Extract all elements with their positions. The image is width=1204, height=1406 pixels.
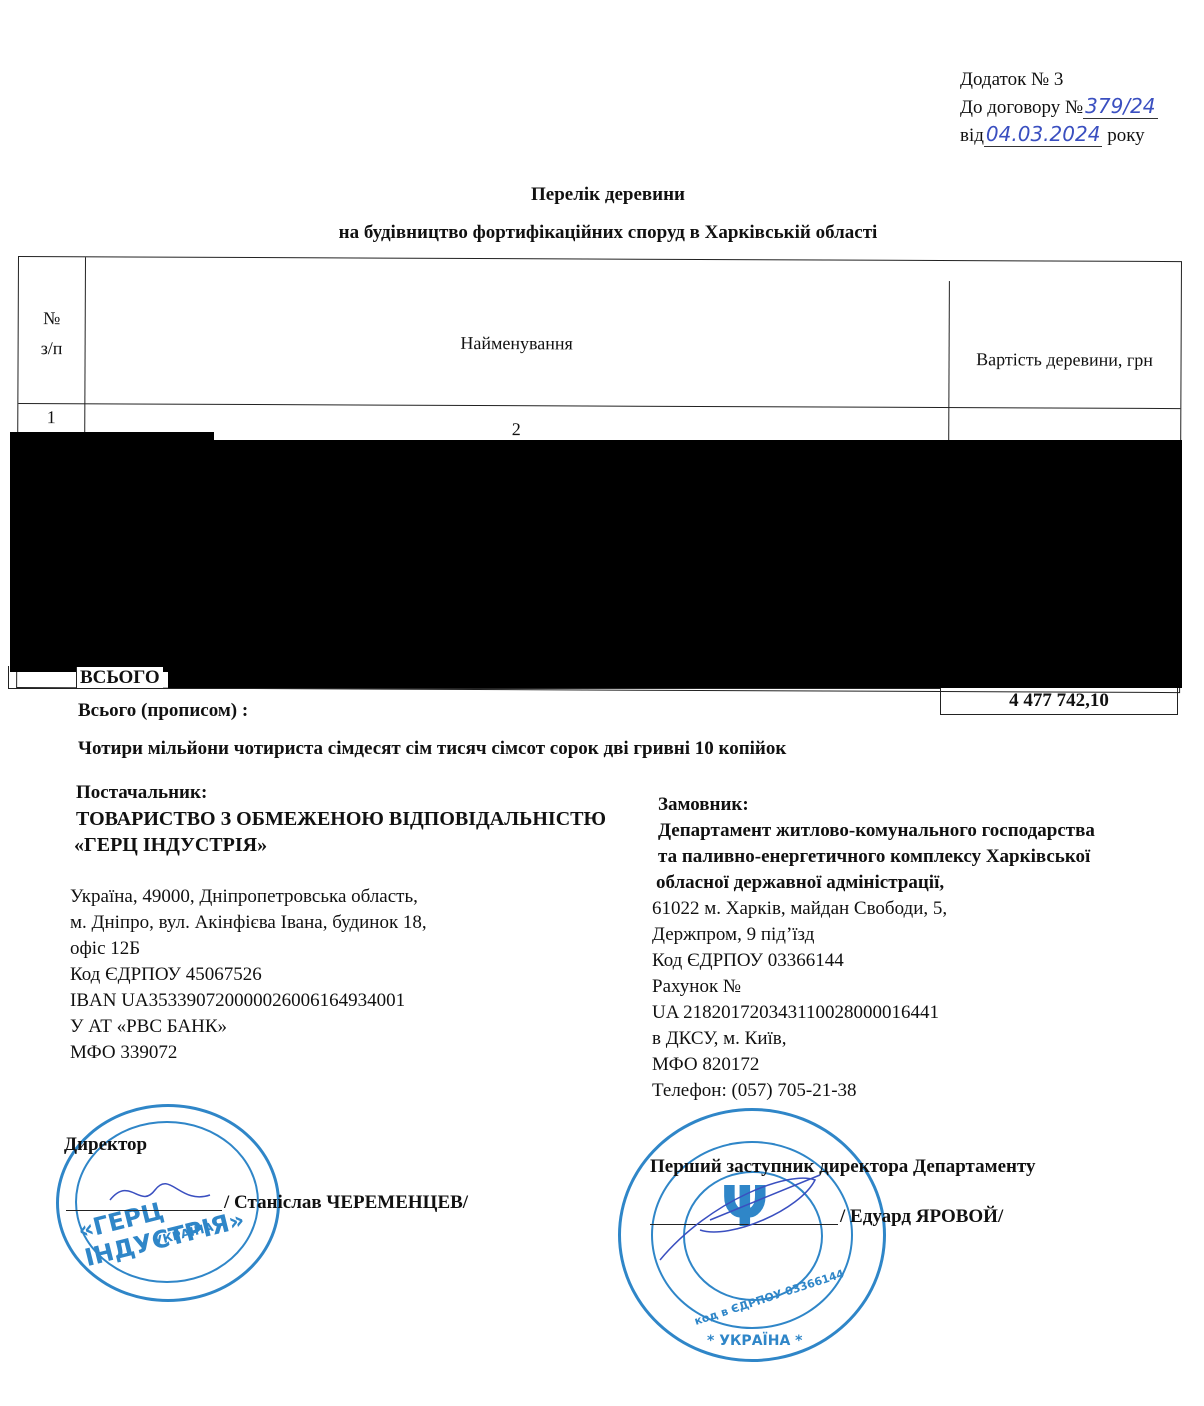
contract-number-line: До договору №379/24 xyxy=(960,93,1158,121)
customer-stamp-bottom: * УКРАЇНА * xyxy=(707,1333,802,1349)
customer-address-line: 61022 м. Харків, майдан Свободи, 5, xyxy=(652,896,1095,922)
header-cost: Вартість деревини, грн xyxy=(949,349,1181,371)
table-bottom-border xyxy=(8,688,940,689)
total-label: ВСЬОГО xyxy=(76,667,163,689)
supplier-address-line: м. Дніпро, вул. Акінфієва Івана, будинок… xyxy=(70,910,606,936)
annex-number: Додаток № 3 xyxy=(960,66,1158,93)
customer-mfo: МФО 820172 xyxy=(652,1052,1095,1078)
customer-name-line: Департамент житлово-комунального господа… xyxy=(658,818,1095,844)
handwritten-contract-number: 379/24 xyxy=(1083,94,1157,119)
customer-bank: в ДКСУ, м. Київ, xyxy=(652,1026,1095,1052)
supplier-name-2: «ГЕРЦ ІНДУСТРІЯ» xyxy=(74,832,606,858)
customer-edrpou: Код ЄДРПОУ 03366144 xyxy=(652,948,1095,974)
total-value: 4 477 742,10 xyxy=(940,688,1178,715)
customer-name-line: обласної державної адміністрації, xyxy=(656,870,1095,896)
supplier-name-1: ТОВАРИСТВО З ОБМЕЖЕНОЮ ВІДПОВІДАЛЬНІСТЮ xyxy=(76,806,606,832)
supplier-signature-icon xyxy=(100,1170,220,1220)
header-name: Найменування xyxy=(85,331,949,356)
header-number: № з/п xyxy=(19,303,85,363)
amount-in-words: Чотири мільйони чотириста сімдесят сім т… xyxy=(78,738,786,760)
supplier-iban: IBAN UA353390720000026006164934001 xyxy=(70,988,606,1014)
supplier-address-line: офіс 12Б xyxy=(70,936,606,962)
handwritten-date: 04.03.2024 xyxy=(984,122,1103,147)
supplier-mfo: МФО 339072 xyxy=(70,1040,606,1066)
customer-signatory-name: / Едуард ЯРОВОЙ/ xyxy=(840,1206,1003,1228)
document-subtitle: на будівництво фортифікаційних споруд в … xyxy=(0,222,1204,244)
customer-account: UA 218201720343110028000016441 xyxy=(652,1000,1095,1026)
document-title: Перелік деревини xyxy=(0,184,1204,206)
customer-name-line: та паливно-енергетичного комплексу Харкі… xyxy=(658,844,1095,870)
contract-date-line: від04.03.2024 року xyxy=(960,121,1158,149)
customer-account-label: Рахунок № xyxy=(652,974,1095,1000)
supplier-address-line: Україна, 49000, Дніпропетровська область… xyxy=(70,884,606,910)
colnum-1: 1 xyxy=(18,407,84,428)
header-divider xyxy=(18,403,1180,409)
supplier-bank: У АТ «РВС БАНК» xyxy=(70,1014,606,1040)
customer-phone: Телефон: (057) 705-21-38 xyxy=(652,1078,1095,1104)
customer-block: Замовник: Департамент житлово-комунально… xyxy=(652,792,1095,1104)
supplier-signatory-title: Директор xyxy=(64,1134,147,1156)
annex-header: Додаток № 3 До договору №379/24 від04.03… xyxy=(960,66,1158,149)
amount-in-words-label: Всього (прописом) : xyxy=(78,700,248,722)
supplier-label: Постачальник: xyxy=(76,780,606,806)
supplier-signatory-name: / Станіслав ЧЕРЕМЕНЦЕВ/ xyxy=(224,1192,468,1214)
supplier-edrpou: Код ЄДРПОУ 45067526 xyxy=(70,962,606,988)
redaction-block xyxy=(10,440,1182,666)
customer-label: Замовник: xyxy=(658,792,1095,818)
redaction-block xyxy=(168,660,1182,688)
customer-address-line: Держпром, 9 під’їзд xyxy=(652,922,1095,948)
customer-signature-icon xyxy=(650,1160,830,1270)
supplier-block: Постачальник: ТОВАРИСТВО З ОБМЕЖЕНОЮ ВІД… xyxy=(70,780,606,1066)
table-cell-empty xyxy=(8,666,77,689)
